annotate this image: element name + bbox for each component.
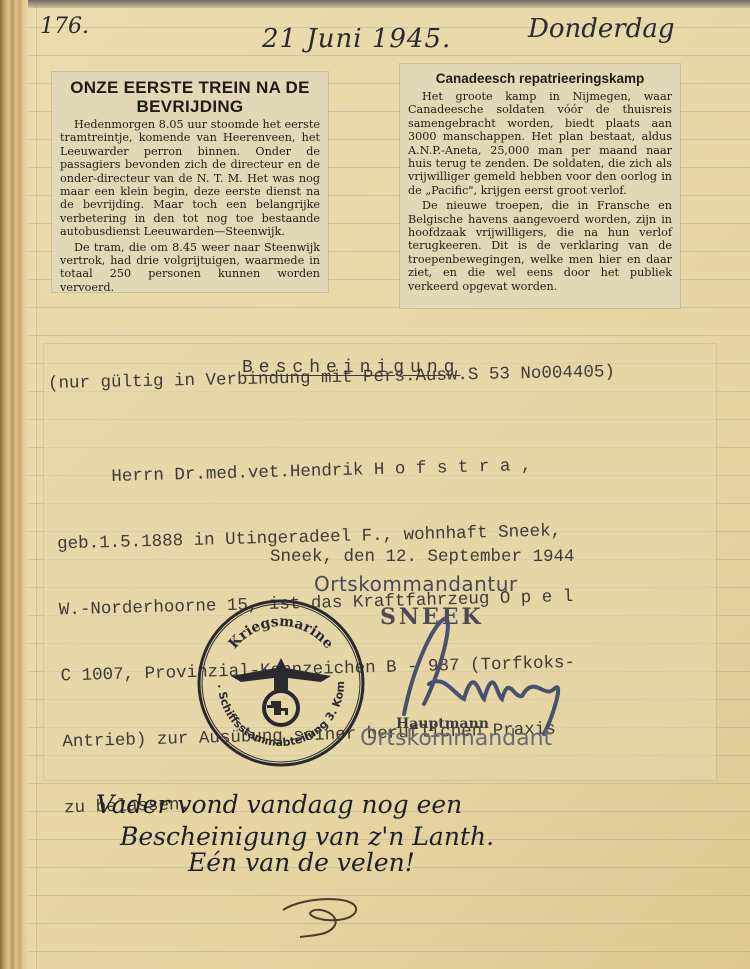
clipping-paragraph: De nieuwe troepen, die in Fransche en Be… bbox=[408, 199, 672, 293]
clipping-paragraph: De tram, die om 8.45 weer naar Steenwijk… bbox=[60, 241, 320, 295]
clipping-paragraph: Hedenmorgen 8.05 uur stoomde het eerste … bbox=[60, 118, 320, 239]
certificate-line: Herrn Dr.med.vet.Hendrik H o f s t r a , bbox=[111, 454, 570, 488]
certificate-document: Bescheinigung (nur gültig in Verbindung … bbox=[44, 344, 716, 780]
diary-page: 176. 21 Juni 1945. Donderdag ONZE EERSTE… bbox=[0, 0, 750, 969]
kriegsmarine-seal-icon: Kriegsmarine 24. Schiffsstammabteilung 3… bbox=[196, 598, 366, 768]
stamp-office: Ortskommandantur bbox=[314, 572, 518, 596]
clipping-headline: Canadeesch repatrieeringskamp bbox=[408, 70, 672, 88]
book-page-edges bbox=[0, 0, 28, 969]
handwritten-note-line: Eén van de velen! bbox=[188, 848, 415, 877]
entry-date: 21 Juni 1945. bbox=[262, 24, 451, 54]
newspaper-clipping-canadian-camp: Canadeesch repatrieeringskamp Het groote… bbox=[400, 64, 680, 308]
page-number: 176. bbox=[40, 14, 89, 39]
margin-line bbox=[36, 0, 37, 969]
page-top-shadow bbox=[0, 0, 750, 8]
svg-text:Kriegsmarine: Kriegsmarine bbox=[226, 614, 337, 652]
newspaper-clipping-train: ONZE EERSTE TREIN NA DE BEVRIJDING Heden… bbox=[52, 72, 328, 292]
clipping-headline: ONZE EERSTE TREIN NA DE BEVRIJDING bbox=[60, 78, 320, 116]
flourish-mark-icon bbox=[275, 895, 375, 945]
handwritten-note-line: Vader vond vandaag nog een bbox=[96, 790, 462, 819]
certificate-place-date: Sneek, den 12. September 1944 bbox=[270, 547, 575, 567]
handwritten-note-line: Bescheinigung van z'n Lanth. bbox=[120, 822, 494, 851]
entry-weekday: Donderdag bbox=[528, 14, 675, 44]
signatory-role: Ortskommandant bbox=[360, 726, 552, 751]
clipping-paragraph: Het groote kamp in Nijmegen, waar Canade… bbox=[408, 90, 672, 197]
